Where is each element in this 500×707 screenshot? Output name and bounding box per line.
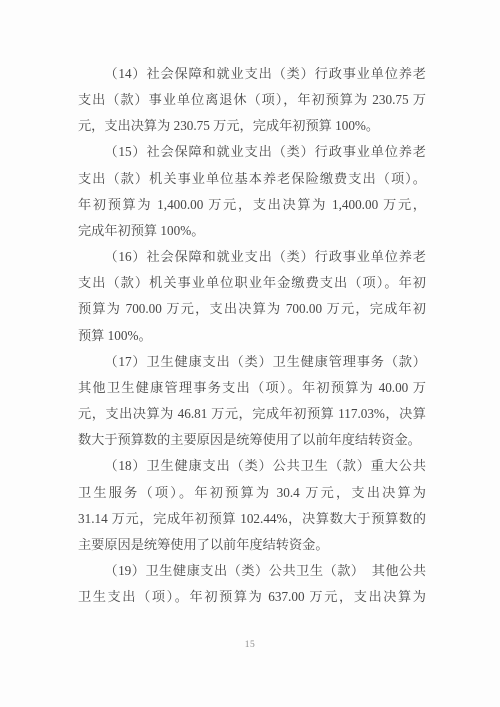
text-line: （14）社会保障和就业支出（类）行政事业单位养老 xyxy=(78,61,426,87)
text-line: 完成年初预算 100%。 xyxy=(78,218,426,244)
document-page: （14）社会保障和就业支出（类）行政事业单位养老 支出（款）事业单位离退休（项）… xyxy=(0,0,500,707)
text-line: 支出（款）机关事业单位职业年金缴费支出（项）。年初 xyxy=(78,270,426,296)
budget-paragraph-14: （14）社会保障和就业支出（类）行政事业单位养老 支出（款）事业单位离退休（项）… xyxy=(78,61,426,139)
text-line: 预算 100%。 xyxy=(78,323,426,349)
text-line: 卫生支出（项）。年初预算为 637.00 万元，支出决算为 xyxy=(78,584,426,610)
text-line: （18）卫生健康支出（类）公共卫生（款）重大公共 xyxy=(78,453,426,479)
budget-paragraph-16: （16）社会保障和就业支出（类）行政事业单位养老 支出（款）机关事业单位职业年金… xyxy=(78,244,426,349)
text-line: （16）社会保障和就业支出（类）行政事业单位养老 xyxy=(78,244,426,270)
text-line: 其他卫生健康管理事务支出（项）。年初预算为 40.00 万 xyxy=(78,375,426,401)
text-line: 数大于预算数的主要原因是统筹使用了以前年度结转资金。 xyxy=(78,427,426,453)
text-line: 主要原因是统筹使用了以前年度结转资金。 xyxy=(78,532,426,558)
page-number-label: 15 xyxy=(0,640,500,650)
budget-paragraph-19: （19）卫生健康支出（类）公共卫生（款） 其他公共 卫生支出（项）。年初预算为 … xyxy=(78,558,426,610)
document-body: （14）社会保障和就业支出（类）行政事业单位养老 支出（款）事业单位离退休（项）… xyxy=(78,61,426,610)
budget-paragraph-18: （18）卫生健康支出（类）公共卫生（款）重大公共 卫生服务（项）。年初预算为 3… xyxy=(78,453,426,558)
text-line: 卫生服务（项）。年初预算为 30.4 万元，支出决算为 xyxy=(78,480,426,506)
budget-paragraph-17: （17）卫生健康支出（类）卫生健康管理事务（款） 其他卫生健康管理事务支出（项）… xyxy=(78,349,426,454)
text-line: 元，支出决算为 46.81 万元，完成年初预算 117.03%，决算 xyxy=(78,401,426,427)
text-line: （17）卫生健康支出（类）卫生健康管理事务（款） xyxy=(78,349,426,375)
budget-paragraph-15: （15）社会保障和就业支出（类）行政事业单位养老 支出（款）机关事业单位基本养老… xyxy=(78,139,426,244)
text-line: 年初预算为 1,400.00 万元，支出决算为 1,400.00 万元， xyxy=(78,192,426,218)
text-line: 预算为 700.00 万元，支出决算为 700.00 万元，完成年初 xyxy=(78,296,426,322)
text-line: 31.14 万元，完成年初预算 102.44%，决算数大于预算数的 xyxy=(78,506,426,532)
text-line: （19）卫生健康支出（类）公共卫生（款） 其他公共 xyxy=(78,558,426,584)
text-line: （15）社会保障和就业支出（类）行政事业单位养老 xyxy=(78,139,426,165)
text-line: 支出（款）机关事业单位基本养老保险缴费支出（项）。 xyxy=(78,166,426,192)
text-line: 元，支出决算为 230.75 万元，完成年初预算 100%。 xyxy=(78,113,426,139)
text-line: 支出（款）事业单位离退休（项），年初预算为 230.75 万 xyxy=(78,87,426,113)
